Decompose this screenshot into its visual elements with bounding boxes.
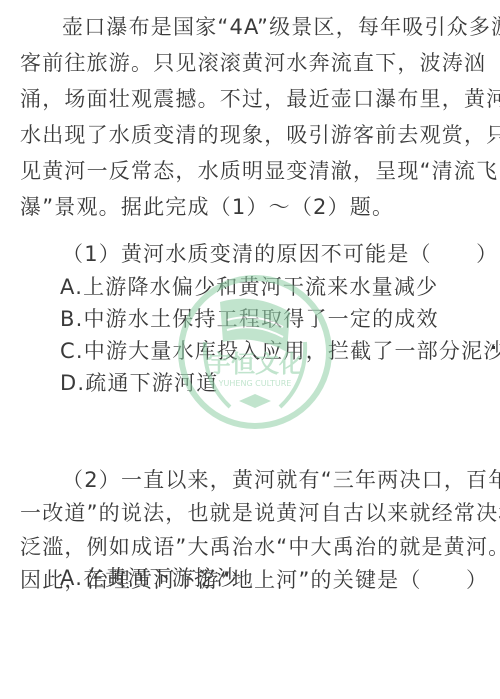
option-d: D.疏通下游河道: [60, 370, 500, 396]
option-b: B.中游水土保持工程取得了一定的成效: [60, 306, 500, 332]
question-stem-line: （2）一直以来，黄河就有“三年两决口，百年: [62, 467, 482, 493]
intro-line: 涌，场面壮观震撼。不过，最近壶口瀑布里，黄河: [20, 86, 482, 112]
stray-dot: [492, 346, 495, 349]
intro-line: 客前往旅游。只见滚滚黄河水奔流直下，波涛汹: [20, 50, 482, 76]
question-stem: （1）黄河水质变清的原因不可能是（ ）: [62, 241, 500, 267]
intro-line: 水出现了水质变清的现象，吸引游客前去观赏，只: [20, 122, 482, 148]
option-c: C.中游大量水库投入应用，拦截了一部分泥沙: [60, 338, 500, 364]
question-stem-line: 一改道”的说法，也就是说黄河自古以来就经常决堤: [20, 500, 482, 526]
option-a: A.上游降水偏少和黄河干流来水量减少: [60, 274, 500, 300]
intro-line: 壶口瀑布是国家“4A”级景区，每年吸引众多游: [62, 14, 482, 40]
intro-line: 瀑”景观。据此完成（1）～（2）题。: [20, 194, 482, 220]
intro-line: 见黄河一反常态，水质明显变清澈，呈现“清流飞: [20, 158, 482, 184]
option-a: A.在黄河下游挖沙: [60, 565, 500, 591]
question-stem-line: 泛滥，例如成语”大禹治水“中大禹治的就是黄河。: [20, 534, 482, 560]
